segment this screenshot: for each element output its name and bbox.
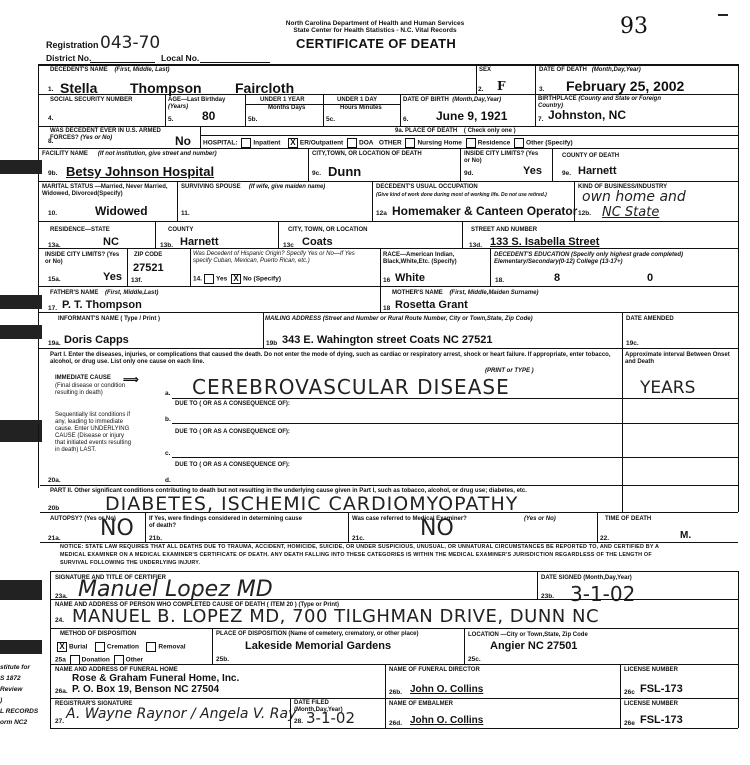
corner-mark [718,14,728,16]
legal-notice: NOTICE: STATE LAW REQUIRES THAT ALL DEAT… [60,543,670,567]
residence-inside-limits-value: Yes [103,271,122,283]
residence-street-value: 133 S. Isabella Street [490,236,599,248]
death-county-value: Harnett [578,165,617,177]
mother-value: Rosetta Grant [395,299,468,311]
funeral-director-label: NAME OF FUNERAL DIRECTOR [389,667,480,674]
industry-value-line1: own home and [582,189,686,205]
checkbox-hispanic-yes[interactable] [204,274,214,284]
dept-line2: State Center for Health Statistics - N.C… [250,27,500,34]
death-inside-limits-value: Yes [523,165,542,177]
education-label: DECEDENT'S EDUCATION (Specify only highe… [494,252,734,266]
informant-address-value: 343 E. Wahington street Coats NC 27521 [282,334,493,346]
margin-tab [0,640,42,654]
me-referral-value: NO [420,516,454,541]
death-city-value: Dunn [328,164,361,179]
dob-value: June 9, 1921 [436,109,507,123]
disposition-place-value: Lakeside Memorial Gardens [245,640,391,652]
under-1-day-label: UNDER 1 DAY [337,97,377,104]
checkbox-residence[interactable] [466,138,476,148]
margin-tab [0,160,42,174]
father-label: FATHER'S NAME (First, Middle,Last) [50,290,158,297]
age-label: AGE—Last Birthday [168,97,225,104]
death-inside-limits-label: INSIDE CITY LIMITS? (Yes or No) [464,151,544,165]
immediate-cause-hint: (Final disease or condition resulting in… [55,383,135,397]
hispanic-label: Was Decedent of Hispanic Origin? Specify… [193,251,373,265]
checkbox-cremation[interactable] [95,642,105,652]
hispanic-options: 14.Yes XNo (Specify) [193,274,281,284]
checkbox-nursing-home[interactable] [405,138,415,148]
embalmer-label: NAME OF EMBALMER [389,701,453,708]
checkbox-doa[interactable] [347,138,357,148]
due-to-label-b: DUE TO ( OR AS A CONSEQUENCE OF): [175,429,290,436]
part1-instructions: Part I. Enter the diseases, injuries, or… [50,352,620,366]
funeral-home-address: P. O. Box 19, Benson NC 27504 [72,684,219,695]
education-elementary-value: 8 [554,272,560,284]
date-filed-value: 3-1-02 [306,709,355,727]
sex-value: F [497,79,506,93]
death-county-label: COUNTY OF DEATH [562,153,619,160]
race-value: White [395,272,425,284]
due-to-label-c: DUE TO ( OR AS A CONSEQUENCE OF): [175,462,290,469]
place-of-death-label: 9a. PLACE OF DEATH ( Check only one ) [395,128,516,135]
age-value: 80 [202,109,215,123]
autopsy-value: NO [100,516,134,541]
armed-forces-label: WAS DECEDENT EVER IN U.S. ARMED FORCES? … [50,128,190,142]
residence-state-value: NC [103,236,119,248]
residence-state-label: RESIDENCE—STATE [50,227,110,234]
date-of-death-value: February 25, 2002 [566,78,684,94]
residence-street-label: STREET AND NUMBER [471,227,537,234]
occupation-value: Homemaker & Canteen Operator [392,204,577,218]
margin-tab [0,580,42,600]
disposition-place-label: PLACE OF DISPOSITION (Name of cemetery, … [216,631,456,638]
residence-city-label: CITY, TOWN, OR LOCATION [288,227,367,234]
facility-value: Betsy Johnson Hospital [66,164,214,179]
registration-value: 043-70 [100,33,160,53]
birthplace-value: Johnston, NC [548,108,626,122]
findings-label: If Yes, were findings considered in dete… [149,516,309,530]
disposition-location-value: Angier NC 27501 [490,640,577,652]
ssn-label: SOCIAL SECURITY NUMBER [50,97,132,104]
under-1-year-label: UNDER 1 YEAR [260,97,305,104]
residence-inside-limits-label: INSIDE CITY LIMITS? (Yes or No) [45,252,125,266]
armed-forces-value: No [175,134,191,148]
disposition-method-label: METHOD OF DISPOSITION [60,631,136,638]
sex-label: SEX [479,67,491,74]
marital-label: MARITAL STATUS —Married, Never Married, … [42,184,177,198]
education-college-value: 0 [647,272,653,284]
date-amended-label: DATE AMENDED [626,316,674,323]
page-title: CERTIFICATE OF DEATH [296,36,456,51]
interval-label: Approximate interval Between Onset and D… [625,352,735,366]
margin-tab [0,325,42,339]
occupation-label: DECEDENT'S USUAL OCCUPATION [376,184,478,191]
mother-label: MOTHER'S NAME (First, Middle,Maiden Surn… [392,290,538,297]
checkbox-hispanic-no[interactable]: X [231,274,241,284]
disposition-options-row1: XBurial Cremation Removal [55,642,186,652]
embalmer-value: John O. Collins [410,715,483,726]
district-label: District No. [46,53,91,63]
date-of-death-label: DATE OF DEATH (Month,Day,Year) [539,67,641,74]
checkbox-burial[interactable]: X [57,642,67,652]
funeral-home-name: Rose & Graham Funeral Home, Inc. [72,673,239,684]
certifier-name-value: MANUEL B. LOPEZ MD, 700 TILGHMAN DRIVE, … [72,606,599,627]
funeral-director-value: John O. Collins [410,684,483,695]
informant-name-label: INFORMANT'S NAME ( Type / Print ) [58,316,160,323]
industry-value-line2: NC State [602,205,659,220]
checkbox-removal[interactable] [146,642,156,652]
residence-county-value: Harnett [180,236,219,248]
date-signed-value: 3-1-02 [570,582,635,606]
margin-tab [0,295,42,309]
immediate-cause-label: IMMEDIATE CAUSE [55,375,111,382]
director-license-label: LICENSE NUMBER [624,667,678,674]
facility-label: FACILITY NAME (If not institution, give … [42,151,217,158]
time-of-death-suffix: M. [680,530,691,541]
due-to-label-a: DUE TO ( OR AS A CONSEQUENCE OF): [175,401,290,408]
checkbox-other[interactable] [514,138,524,148]
registrar-signature: A. Wayne Raynor / Angela V. Ray [66,706,296,722]
cause-line-a: CEREBROVASCULAR DISEASE [192,375,510,399]
date-signed-label: DATE SIGNED (Month,Day,Year) [541,575,632,582]
interval-a: YEARS [640,378,695,398]
residence-county-label: COUNTY [168,227,193,234]
death-city-label: CITY,TOWN, OR LOCATION OF DEATH [312,151,422,158]
informant-name-value: Doris Capps [64,334,129,346]
embalmer-license-label: LICENSE NUMBER [624,701,678,708]
dept-line1: North Carolina Department of Health and … [250,20,500,27]
dob-label: DATE OF BIRTH (Month,Day,Year) [403,97,501,104]
disposition-location-label: LOCATION —City or Town,State, Zip Code [468,632,588,639]
time-of-death-label: TIME OF DEATH [605,516,651,523]
margin-notes: stitute for S 1872 Review ) L RECORDS or… [0,662,48,728]
registration-label: Registration [46,40,99,50]
checkbox-er-outpatient[interactable]: X [288,138,298,148]
checkbox-inpatient[interactable] [241,138,251,148]
place-of-death-options: HOSPITAL: Inpatient XER/Outpatient DOA O… [203,138,573,148]
race-label: RACE—American Indian, Black,White,Etc. (… [383,252,493,266]
print-hint: (PRINT or TYPE ) [485,368,534,375]
department-header: North Carolina Department of Health and … [250,20,500,34]
zip-value: 27521 [133,262,164,274]
father-value: P. T. Thompson [62,299,142,311]
spouse-label: SURVIVING SPOUSE (If wife, give maiden n… [181,184,325,191]
margin-tab [0,420,42,442]
marital-value: Widowed [95,204,148,218]
director-license-value: FSL-173 [640,683,683,695]
zip-label: ZIP CODE [134,252,162,259]
page-number: 93 [620,14,648,39]
decedent-name-label: DECEDENT'S NAME (First, Middle, Last) [50,67,169,74]
embalmer-license-value: FSL-173 [640,714,683,726]
informant-address-label: MAILING ADDRESS (Street and Number or Ru… [265,316,533,323]
residence-city-value: Coats [302,236,333,248]
sequential-hint: Sequentially list conditions if any, lea… [55,412,135,454]
local-label: Local No. [161,53,199,63]
